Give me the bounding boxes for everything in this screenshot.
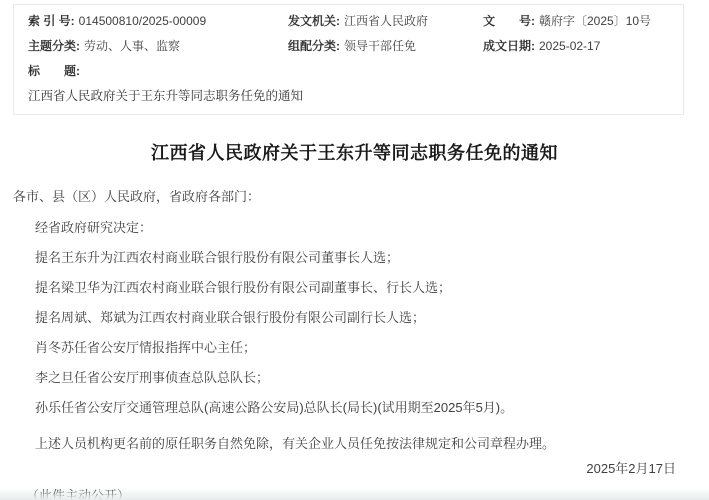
- document-heading: 江西省人民政府关于王东升等同志职务任免的通知: [0, 144, 709, 162]
- meta-value-document-number: 赣府字〔2025〕10号: [539, 14, 651, 28]
- meta-field-index-number: 索 引 号:014500810/2025-00009: [28, 9, 288, 34]
- meta-value-issuing-agency: 江西省人民政府: [344, 14, 428, 28]
- meta-value-group-category: 领导干部任免: [344, 39, 416, 53]
- meta-field-group-category: 组配分类:领导干部任免: [288, 34, 483, 59]
- meta-label-index-number: 索 引 号:: [28, 14, 75, 28]
- body-paragraph: 提名王东升为江西农村商业联合银行股份有限公司董事长人选；: [35, 251, 709, 265]
- meta-label-subject-category: 主题分类:: [28, 39, 80, 53]
- body-paragraph: 李之旦任省公安厅刑事侦查总队总队长；: [35, 371, 709, 385]
- meta-label-title: 标 题:: [28, 64, 80, 78]
- body-paragraph: 提名周斌、郑斌为江西农村商业联合银行股份有限公司副行长人选；: [35, 311, 709, 325]
- body-paragraph: 肖冬苏任省公安厅情报指挥中心主任；: [35, 341, 709, 355]
- meta-row-3: 标 题:: [14, 59, 683, 84]
- meta-field-subject-category: 主题分类:劳动、人事、监察: [28, 34, 288, 59]
- meta-label-issuing-agency: 发文机关:: [288, 14, 340, 28]
- meta-field-written-date: 成文日期:2025-02-17: [483, 34, 683, 59]
- document-date: 2025年2月17日: [0, 462, 709, 476]
- body-paragraph: 提名梁卫华为江西农村商业联合银行股份有限公司副董事长、行长人选；: [35, 281, 709, 295]
- document-meta-box: 索 引 号:014500810/2025-00009 发文机关:江西省人民政府 …: [13, 4, 684, 115]
- body-paragraph: 孙乐任省公安厅交通管理总队(高速公路公安局)总队长(局长)(试用期至2025年5…: [35, 401, 709, 415]
- salutation-line: 各市、县（区）人民政府，省政府各部门：: [13, 190, 709, 204]
- meta-value-index-number: 014500810/2025-00009: [79, 14, 206, 28]
- body-paragraph-closing: 上述人员机构更名前的原任职务自然免除，有关企业人员任免按法律规定和公司章程办理。: [35, 437, 709, 451]
- meta-field-issuing-agency: 发文机关:江西省人民政府: [288, 9, 483, 34]
- document-body: 各市、县（区）人民政府，省政府各部门： 经省政府研究决定： 提名王东升为江西农村…: [0, 190, 709, 500]
- meta-value-written-date: 2025-02-17: [539, 39, 600, 53]
- document-content: 江西省人民政府关于王东升等同志职务任免的通知 各市、县（区）人民政府，省政府各部…: [0, 112, 709, 500]
- meta-label-document-number: 文 号:: [483, 14, 535, 28]
- body-paragraph: 经省政府研究决定：: [35, 221, 709, 235]
- meta-label-group-category: 组配分类:: [288, 39, 340, 53]
- meta-value-subject-category: 劳动、人事、监察: [84, 39, 180, 53]
- disclosure-footnote: （此件主动公开）: [26, 489, 709, 500]
- meta-field-document-number: 文 号:赣府字〔2025〕10号: [483, 9, 683, 34]
- meta-label-written-date: 成文日期:: [483, 39, 535, 53]
- meta-row-1: 索 引 号:014500810/2025-00009 发文机关:江西省人民政府 …: [14, 9, 683, 34]
- meta-value-title: 江西省人民政府关于王东升等同志职务任免的通知: [14, 84, 683, 108]
- meta-row-2: 主题分类:劳动、人事、监察 组配分类:领导干部任免 成文日期:2025-02-1…: [14, 34, 683, 59]
